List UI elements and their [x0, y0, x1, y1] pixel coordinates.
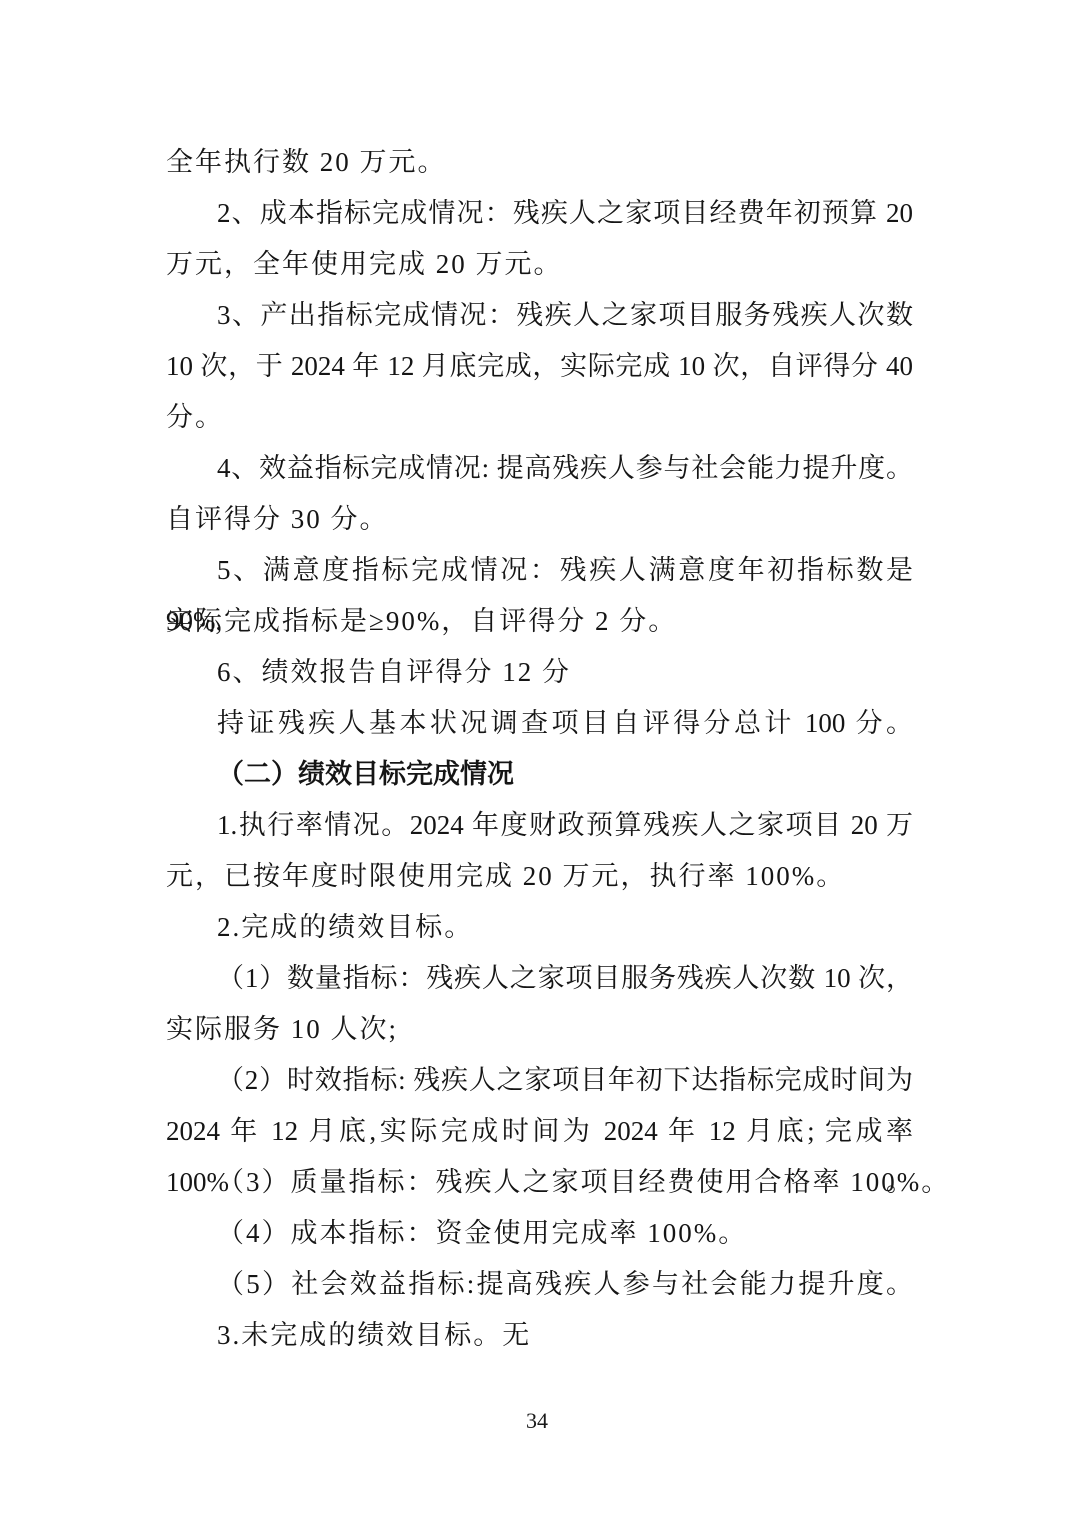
text-line: 持证残疾人基本状况调查项目自评得分总计 100 分。: [166, 698, 913, 749]
text-line: 自评得分 30 分。: [166, 494, 913, 545]
text-line: 3.未完成的绩效目标。无: [166, 1310, 913, 1361]
text-line: （2）时效指标: 残疾人之家项目年初下达指标完成时间为: [166, 1055, 913, 1106]
text-line: 4、效益指标完成情况: 提高残疾人参与社会能力提升度。: [166, 443, 913, 494]
text-line: 分。: [166, 392, 913, 443]
text-line: 万元，全年使用完成 20 万元。: [166, 239, 913, 290]
page-number: 34: [0, 1406, 1074, 1436]
text-line: 2、成本指标完成情况：残疾人之家项目经费年初预算 20: [166, 188, 913, 239]
text-line: 元，已按年度时限使用完成 20 万元，执行率 100%。: [166, 851, 913, 902]
text-line: 实际服务 10 人次;: [166, 1004, 913, 1055]
text-line: 1.执行率情况。2024 年度财政预算残疾人之家项目 20 万: [166, 800, 913, 851]
text-line: 5、满意度指标完成情况：残疾人满意度年初指标数是 90%,: [166, 545, 913, 596]
text-line: 6、绩效报告自评得分 12 分: [166, 647, 913, 698]
section-heading: （二）绩效目标完成情况: [166, 749, 913, 800]
text-line: （1）数量指标：残疾人之家项目服务残疾人次数 10 次，: [166, 953, 913, 1004]
text-line: 2.完成的绩效目标。: [166, 902, 913, 953]
text-line: 全年执行数 20 万元。: [166, 137, 913, 188]
text-line: 3、产出指标完成情况：残疾人之家项目服务残疾人次数: [166, 290, 913, 341]
text-line: 10 次，于 2024 年 12 月底完成，实际完成 10 次，自评得分 40: [166, 341, 913, 392]
text-line: （4）成本指标：资金使用完成率 100%。: [166, 1208, 913, 1259]
document-body: 全年执行数 20 万元。2、成本指标完成情况：残疾人之家项目经费年初预算 20万…: [166, 137, 913, 1361]
text-line: 实际完成指标是≥90%，自评得分 2 分。: [166, 596, 913, 647]
text-line: （3）质量指标：残疾人之家项目经费使用合格率 100%。: [166, 1157, 913, 1208]
text-line: 2024 年 12 月底,实际完成时间为 2024 年 12 月底; 完成率 1…: [166, 1106, 913, 1157]
text-line: （5）社会效益指标:提高残疾人参与社会能力提升度。: [166, 1259, 913, 1310]
document-page: 全年执行数 20 万元。2、成本指标完成情况：残疾人之家项目经费年初预算 20万…: [0, 0, 1074, 1520]
